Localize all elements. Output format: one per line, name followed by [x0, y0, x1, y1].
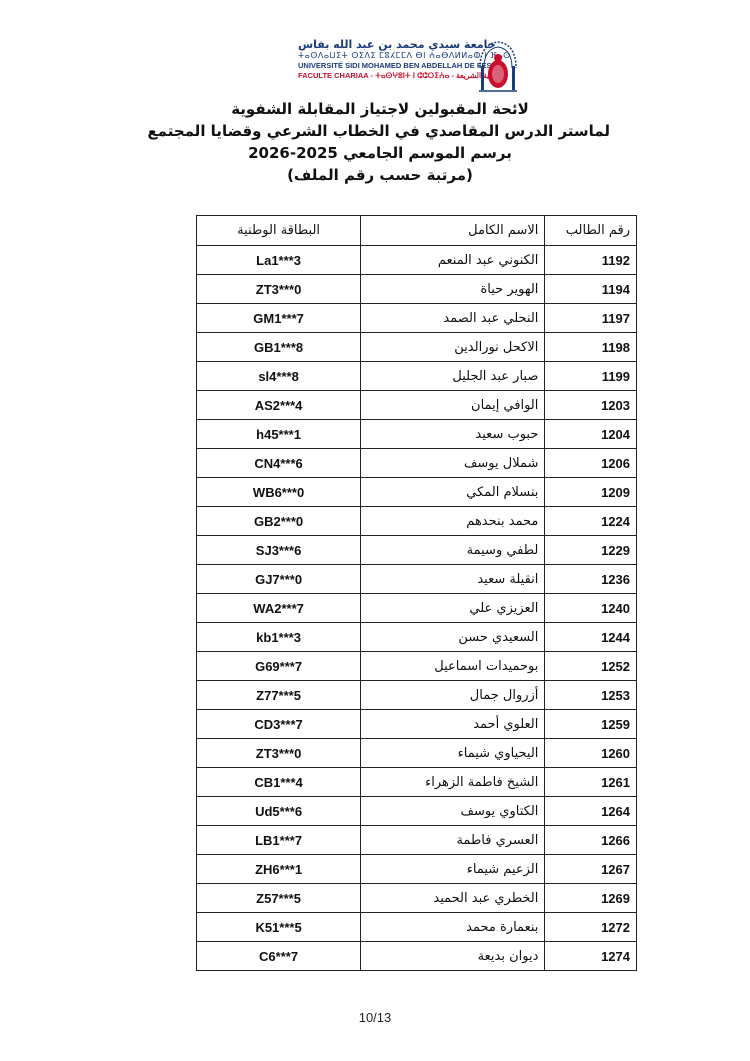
student-number-cell: 1267: [545, 855, 637, 884]
national-id-cell: AS2***4: [197, 391, 361, 420]
table-row: 1236انقيلة سعيدGJ7***0: [197, 565, 637, 594]
national-id-cell: h45***1: [197, 420, 361, 449]
student-number-cell: 1252: [545, 652, 637, 681]
national-id-cell: CN4***6: [197, 449, 361, 478]
national-id-cell: Z77***5: [197, 681, 361, 710]
full-name-cell: صبار عبد الجليل: [361, 362, 545, 391]
full-name-cell: أزروال جمال: [361, 681, 545, 710]
table-row: 1253أزروال جمالZ77***5: [197, 681, 637, 710]
full-name-cell: النحلي عبد الصمد: [361, 304, 545, 333]
full-name-cell: الكنوني عبد المنعم: [361, 246, 545, 275]
student-number-cell: 1253: [545, 681, 637, 710]
student-number-cell: 1266: [545, 826, 637, 855]
full-name-cell: بوحميدات اسماعيل: [361, 652, 545, 681]
table-row: 1244السعيدي حسنkb1***3: [197, 623, 637, 652]
table-row: 1199صبار عبد الجليلsl4***8: [197, 362, 637, 391]
table-row: 1206شملال يوسفCN4***6: [197, 449, 637, 478]
national-id-cell: WA2***7: [197, 594, 361, 623]
table-row: 1224محمد بنحدهمGB2***0: [197, 507, 637, 536]
student-number-cell: 1244: [545, 623, 637, 652]
table-row: 1260اليحياوي شيماءZT3***0: [197, 739, 637, 768]
full-name-cell: ديوان بديعة: [361, 942, 545, 971]
national-id-cell: sl4***8: [197, 362, 361, 391]
national-id-cell: LB1***7: [197, 826, 361, 855]
table-row: 1269الخطري عبد الحميدZ57***5: [197, 884, 637, 913]
national-id-cell: GB2***0: [197, 507, 361, 536]
national-id-cell: WB6***0: [197, 478, 361, 507]
student-number-cell: 1197: [545, 304, 637, 333]
student-number-cell: 1198: [545, 333, 637, 362]
table-row: 1204حبوب سعيدh45***1: [197, 420, 637, 449]
table-row: 1274ديوان بديعةC6***7: [197, 942, 637, 971]
full-name-cell: السعيدي حسن: [361, 623, 545, 652]
table-row: 1198الاكحل نورالدينGB1***8: [197, 333, 637, 362]
title-line-4: (مرتبة حسب رقم الملف): [150, 164, 610, 186]
national-id-cell: C6***7: [197, 942, 361, 971]
full-name-cell: الزعيم شيماء: [361, 855, 545, 884]
student-number-cell: 1260: [545, 739, 637, 768]
full-name-cell: لطفي وسيمة: [361, 536, 545, 565]
full-name-cell: حبوب سعيد: [361, 420, 545, 449]
table-row: 1240العزيزي عليWA2***7: [197, 594, 637, 623]
student-number-cell: 1269: [545, 884, 637, 913]
national-id-cell: ZH6***1: [197, 855, 361, 884]
logo-arabic-name: جامعة سيدي محمد بن عبد الله بفاس: [298, 38, 473, 51]
full-name-cell: الشيخ فاطمة الزهراء: [361, 768, 545, 797]
student-number-cell: 1209: [545, 478, 637, 507]
full-name-cell: انقيلة سعيد: [361, 565, 545, 594]
national-id-cell: GJ7***0: [197, 565, 361, 594]
table-row: 1197النحلي عبد الصمدGM1***7: [197, 304, 637, 333]
national-id-cell: Ud5***6: [197, 797, 361, 826]
table-row: 1264الكتاوي يوسفUd5***6: [197, 797, 637, 826]
student-number-cell: 1229: [545, 536, 637, 565]
student-number-cell: 1259: [545, 710, 637, 739]
national-id-cell: CD3***7: [197, 710, 361, 739]
full-name-cell: شملال يوسف: [361, 449, 545, 478]
table-row: 1259العلوي أحمدCD3***7: [197, 710, 637, 739]
student-number-cell: 1236: [545, 565, 637, 594]
title-line-1: لائحة المقبولين لاجتياز المقابلة الشفوية: [150, 98, 610, 120]
title-line-3: برسم الموسم الجامعي 2025-2026: [150, 142, 610, 164]
national-id-cell: SJ3***6: [197, 536, 361, 565]
student-number-cell: 1274: [545, 942, 637, 971]
table-row: 1192الكنوني عبد المنعمLa1***3: [197, 246, 637, 275]
table-row: 1194الهوير حياةZT3***0: [197, 275, 637, 304]
student-number-cell: 1206: [545, 449, 637, 478]
national-id-cell: kb1***3: [197, 623, 361, 652]
national-id-cell: La1***3: [197, 246, 361, 275]
table-row: 1229لطفي وسيمةSJ3***6: [197, 536, 637, 565]
full-name-cell: الوافي إيمان: [361, 391, 545, 420]
national-id-cell: ZT3***0: [197, 739, 361, 768]
university-emblem-icon: [476, 38, 520, 94]
full-name-cell: الكتاوي يوسف: [361, 797, 545, 826]
column-header-full-name: الاسم الكامل: [361, 216, 545, 246]
national-id-cell: ZT3***0: [197, 275, 361, 304]
logo-tifinagh-name: ⵜⴰⵙⴷⴰⵡⵉⵜ ⵙⵉⴷⵉ ⵎⵓⵃⵎⵎⴷ ⴱⵏ ⵄⴰⴱⴷⵍⵍⴰⵀ ⵏ ⴼⴰⵙ: [298, 51, 473, 61]
student-number-cell: 1240: [545, 594, 637, 623]
full-name-cell: العزيزي علي: [361, 594, 545, 623]
national-id-cell: CB1***4: [197, 768, 361, 797]
student-number-cell: 1194: [545, 275, 637, 304]
university-logo: جامعة سيدي محمد بن عبد الله بفاس ⵜⴰⵙⴷⴰⵡⵉ…: [298, 38, 528, 94]
table-row: 1252بوحميدات اسماعيلG69***7: [197, 652, 637, 681]
full-name-cell: محمد بنحدهم: [361, 507, 545, 536]
table-row: 1266العسري فاطمةLB1***7: [197, 826, 637, 855]
table-row: 1272بنعمارة محمدK51***5: [197, 913, 637, 942]
student-number-cell: 1264: [545, 797, 637, 826]
table-row: 1209بنسلام المكيWB6***0: [197, 478, 637, 507]
title-line-2: لماستر الدرس المقاصدي في الخطاب الشرعي و…: [150, 120, 610, 142]
page-number: 10/13: [0, 1010, 750, 1025]
logo-text-block: جامعة سيدي محمد بن عبد الله بفاس ⵜⴰⵙⴷⴰⵡⵉ…: [298, 38, 473, 81]
full-name-cell: العلوي أحمد: [361, 710, 545, 739]
student-number-cell: 1203: [545, 391, 637, 420]
student-number-cell: 1204: [545, 420, 637, 449]
table-row: 1267الزعيم شيماءZH6***1: [197, 855, 637, 884]
full-name-cell: بنسلام المكي: [361, 478, 545, 507]
admitted-students-table: رقم الطالب الاسم الكامل البطاقة الوطنية …: [196, 215, 637, 971]
student-number-cell: 1192: [545, 246, 637, 275]
full-name-cell: الهوير حياة: [361, 275, 545, 304]
table-row: 1203الوافي إيمانAS2***4: [197, 391, 637, 420]
national-id-cell: GB1***8: [197, 333, 361, 362]
logo-faculty-name: FACULTE CHARIAA - ⵜⴰⵙⵖⵓⵏⵜ ⵏ ⵛⵛⵔⵉⵄⴰ - كلي…: [298, 71, 473, 81]
national-id-cell: G69***7: [197, 652, 361, 681]
full-name-cell: بنعمارة محمد: [361, 913, 545, 942]
student-number-cell: 1272: [545, 913, 637, 942]
logo-french-name: UNIVERSITÉ SIDI MOHAMED BEN ABDELLAH DE …: [298, 61, 473, 71]
document-titles: لائحة المقبولين لاجتياز المقابلة الشفوية…: [150, 98, 610, 186]
column-header-student-number: رقم الطالب: [545, 216, 637, 246]
national-id-cell: GM1***7: [197, 304, 361, 333]
student-number-cell: 1199: [545, 362, 637, 391]
column-header-national-id: البطاقة الوطنية: [197, 216, 361, 246]
student-number-cell: 1261: [545, 768, 637, 797]
national-id-cell: K51***5: [197, 913, 361, 942]
student-number-cell: 1224: [545, 507, 637, 536]
full-name-cell: الخطري عبد الحميد: [361, 884, 545, 913]
full-name-cell: الاكحل نورالدين: [361, 333, 545, 362]
national-id-cell: Z57***5: [197, 884, 361, 913]
table-header-row: رقم الطالب الاسم الكامل البطاقة الوطنية: [197, 216, 637, 246]
table-row: 1261الشيخ فاطمة الزهراءCB1***4: [197, 768, 637, 797]
full-name-cell: العسري فاطمة: [361, 826, 545, 855]
full-name-cell: اليحياوي شيماء: [361, 739, 545, 768]
